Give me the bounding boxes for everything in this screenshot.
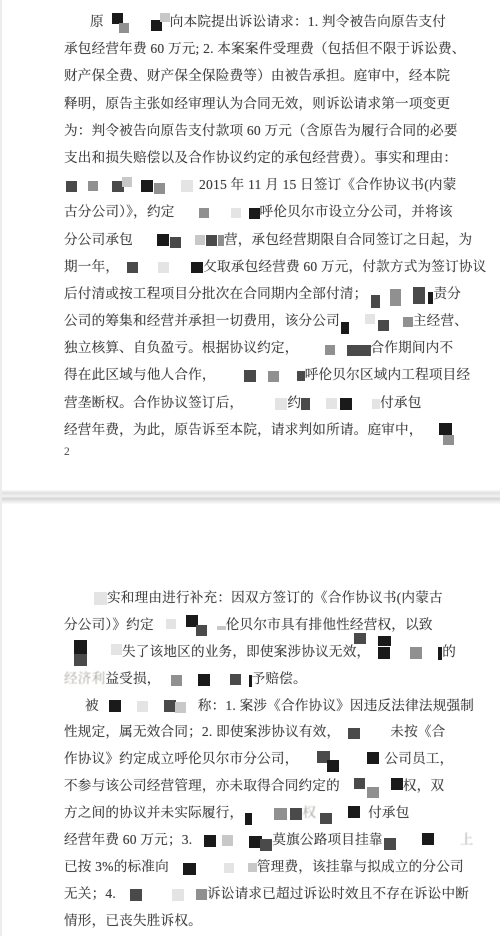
redaction-mark <box>372 399 380 409</box>
text-line: 实和理由进行补充：因双方签订的《合作协议书(内蒙古 <box>64 585 464 612</box>
redaction-mark <box>206 235 217 246</box>
text-run: 未按《合 <box>390 724 445 739</box>
redaction-mark <box>74 640 87 654</box>
redaction-mark <box>439 423 452 435</box>
document-page-1: 原向本院提出诉讼请求：1. 判令被告向原告支付承包经营年费 60 万元; 2. … <box>0 0 500 490</box>
redaction-mark <box>340 398 352 410</box>
text-line: 原向本院提出诉讼请求：1. 判令被告向原告支付 <box>64 8 464 35</box>
redaction-mark <box>160 13 170 22</box>
text-run: 古分公司）》，约定 <box>64 204 175 219</box>
text-run: 情形，已丧失胜诉权。 <box>64 913 202 928</box>
redaction-mark <box>245 813 252 825</box>
redaction-mark <box>248 863 257 872</box>
redaction-mark <box>172 889 184 901</box>
redaction-mark <box>222 835 233 846</box>
text-run: 伦贝尔市具有排他性经营权，以致 <box>226 617 433 632</box>
text-run: 向本院提出诉讼请求：1. 判令被告向原告支付 <box>170 14 446 29</box>
text-run: 经济利 <box>64 671 105 686</box>
text-line: 得在此区域与他人合作，呼伦贝尔区域内工程项目经 <box>64 361 464 388</box>
text-run: 责分 <box>433 286 461 301</box>
text-line: 被称：1. 案涉《合作协议》因违反法律法规强制 <box>64 693 464 720</box>
text-line: 不参与该公司经营管理，亦未取得合同约定的权，双 <box>64 773 464 800</box>
text-line: 支出和损失赔偿以及合作协议约定的承包经营费）。事实和理由： <box>64 144 464 171</box>
redaction-mark <box>325 345 335 355</box>
text-run: 经营年费，为此，原告诉至本院，请求判如所请。庭审中， <box>64 422 423 437</box>
text-line: 财产保全费、财产保全保险费等）由被告承担。庭审中，经本院 <box>64 62 464 89</box>
text-run: 财产保全费、财产保全保险费等）由被告承担。庭审中，经本院 <box>64 68 450 83</box>
redaction-mark <box>199 208 209 218</box>
text-run: 无关；4. <box>64 886 116 901</box>
redaction-mark <box>109 700 121 712</box>
redaction-mark <box>327 760 339 772</box>
text-line: 方之间的协议并未实际履行，权付承包 <box>64 800 464 827</box>
spacer <box>332 816 338 817</box>
text-run: 作协议》约定成立呼伦贝尔市分公司， <box>64 751 299 766</box>
redaction-mark <box>244 370 256 382</box>
text-line: 公司的筹集和经营并承担一切费用，该分公司主经营、 <box>64 307 464 334</box>
text-run: 的 <box>442 644 456 659</box>
redaction-mark <box>218 235 224 246</box>
spacer <box>434 843 460 844</box>
redaction-mark <box>141 180 153 192</box>
redaction-mark <box>410 647 422 659</box>
redaction-mark <box>301 398 310 410</box>
redaction-mark <box>438 647 442 660</box>
redaction-mark <box>320 813 332 824</box>
redaction-mark <box>348 728 360 739</box>
text-run: 失了该地区的业务，即使案涉协议无效， <box>122 644 370 659</box>
redaction-mark <box>154 183 165 194</box>
text-line: 无关；4.诉讼请求已超过诉讼时效且不存在诉讼中断 <box>64 881 464 908</box>
page-2-text: 实和理由进行补充：因双方签订的《合作协议书(内蒙古分公司）》约定伦贝尔市具有排他… <box>64 585 464 935</box>
text-run: 管理费，该挂靠与拟成立的分公司 <box>257 859 464 874</box>
redaction-mark <box>171 675 182 686</box>
redaction-mark <box>158 262 169 273</box>
redaction-mark <box>413 287 425 304</box>
redaction-mark <box>196 889 207 900</box>
redaction-mark <box>175 702 186 713</box>
page-number: 2 <box>64 446 464 458</box>
redaction-mark <box>88 181 98 191</box>
redaction-mark <box>198 674 210 686</box>
redaction-mark <box>224 863 234 873</box>
text-line: 后付清或按工程项目分批次在合同期内全部付清；责分 <box>64 280 464 307</box>
text-run: 被 <box>85 698 99 713</box>
text-line: 情形，已丧失胜诉权。 <box>64 908 464 935</box>
redaction-mark <box>130 889 142 901</box>
text-line: 为：判令被告向原告支付款项 60 万元（含原告为履行合同的必要 <box>64 117 464 144</box>
text-run: 分公司）》约定 <box>64 617 154 632</box>
text-run: 合作期间内不 <box>371 340 454 355</box>
spacer <box>186 709 198 710</box>
text-line: 作协议》约定成立呼伦贝尔市分公司，公司员工， <box>64 746 464 773</box>
redaction-mark <box>326 398 337 409</box>
text-line: 已按 3%的标准向管理费，该挂靠与拟成立的分公司 <box>64 854 464 881</box>
text-line: 古分公司）》，约定呼伦贝尔市设立分公司，并将该 <box>64 198 464 225</box>
redaction-mark <box>74 654 87 666</box>
text-line: 独立核算、自负盈亏。根据协议约定，合作期间内不 <box>64 334 464 361</box>
text-run: 营垄断权。合作协议签订后， <box>64 395 243 410</box>
redaction-mark <box>297 371 305 381</box>
text-line: 失了该地区的业务，即使案涉协议无效，的 <box>64 639 464 666</box>
redaction-mark <box>196 625 207 636</box>
text-line: 经营年费 60 万元；3.莫旗公路项目挂靠上 <box>64 827 464 854</box>
redaction-mark <box>166 619 176 629</box>
redaction-mark <box>274 808 287 820</box>
redaction-mark <box>378 320 389 331</box>
redaction-mark <box>403 317 413 327</box>
redaction-mark <box>170 237 181 248</box>
redaction-mark <box>384 838 396 850</box>
text-run: 营，承包经营期限自合同签订之日起，为 <box>224 232 472 247</box>
redaction-mark <box>191 262 203 273</box>
redaction-mark <box>66 181 77 192</box>
text-line: 分公司）》约定伦贝尔市具有排他性经营权，以致 <box>64 612 464 639</box>
page-1-text: 原向本院提出诉讼请求：1. 判令被告向原告支付承包经营年费 60 万元; 2. … <box>64 8 464 443</box>
document-page-2: 实和理由进行补充：因双方签订的《合作协议书(内蒙古分公司）》约定伦贝尔市具有排他… <box>0 504 500 936</box>
redaction-mark <box>157 234 169 246</box>
spacer <box>360 816 368 817</box>
text-line: 经济利益受损，予赔偿。 <box>64 666 464 693</box>
redaction-mark <box>217 626 226 630</box>
text-run: 付承包 <box>380 395 421 410</box>
document-scan: 原向本院提出诉讼请求：1. 判令被告向原告支付承包经营年费 60 万元; 2. … <box>0 0 500 936</box>
text-run: 予赔偿。 <box>252 671 307 686</box>
text-run: 性规定，属无效合同；2. 即使案涉协议有效， <box>64 724 340 739</box>
text-line: 性规定，属无效合同；2. 即使案涉协议有效，未按《合 <box>64 719 464 746</box>
redaction-mark <box>354 633 366 644</box>
redaction-mark <box>137 701 148 712</box>
text-run: 呼伦贝尔市设立分公司，并将该 <box>260 204 453 219</box>
text-run: 称：1. 案涉《合作协议》因违反法律法规强制 <box>198 698 474 713</box>
redaction-mark <box>127 262 138 273</box>
redaction-mark <box>268 371 279 382</box>
redaction-mark <box>195 235 205 245</box>
text-run: 释明，原告主张如经审理认为合同无效，则诉讼请求第一项变更 <box>64 96 450 111</box>
text-run: 分公司承包 <box>64 232 133 247</box>
redaction-mark <box>249 675 252 687</box>
text-run: 上 <box>460 832 474 847</box>
redaction-mark <box>111 644 122 655</box>
text-run: 攵取承包经营费 60 万元，付款方式为签订协议 <box>203 259 486 274</box>
text-run: 权，双 <box>403 778 444 793</box>
redaction-mark <box>391 778 403 790</box>
text-run: 方之间的协议并未实际履行， <box>64 805 243 820</box>
redaction-mark <box>378 647 390 659</box>
redaction-mark <box>119 23 129 33</box>
text-line: 2015 年 11 月 15 日签订《合作协议书(内蒙 <box>64 171 464 198</box>
text-run: 已按 3%的标准向 <box>64 859 169 874</box>
text-line: 经营年费，为此，原告诉至本院，请求判如所请。庭审中， <box>64 416 464 443</box>
text-line: 分公司承包营，承包经营期限自合同签订之日起，为 <box>64 226 464 253</box>
text-run: 莫旗公路项目挂靠 <box>272 832 382 847</box>
text-run: 诉讼请求已超过诉讼时效且不存在诉讼中断 <box>207 886 469 901</box>
redaction-mark <box>367 752 379 764</box>
redaction-mark <box>204 835 216 847</box>
text-run: 得在此区域与他人合作， <box>64 367 216 382</box>
redaction-mark <box>181 180 193 192</box>
text-run: 不参与该公司经营管理，亦未取得合同约定的 <box>64 778 340 793</box>
text-run: 实和理由进行补充：因双方签订的《合作协议书(内蒙古 <box>107 590 443 605</box>
redaction-mark <box>231 208 241 218</box>
redaction-mark <box>122 177 132 187</box>
text-run: 独立核算、自负盈亏。根据协议约定， <box>64 340 299 355</box>
text-run: 呼伦贝尔区域内工程项目经 <box>305 367 471 382</box>
redaction-mark <box>422 833 434 845</box>
redaction-mark <box>428 292 433 304</box>
text-run: 期一年， <box>64 259 119 274</box>
text-line: 期一年，攵取承包经营费 60 万元，付款方式为签订协议 <box>64 253 464 280</box>
text-run: 主经营、 <box>413 313 468 328</box>
redaction-mark <box>341 322 349 334</box>
text-run: 权 <box>302 805 316 820</box>
redaction-mark <box>378 636 391 646</box>
text-run: 承包经营年费 60 万元; 2. 本案案件受理费（包括但不限于诉讼费、 <box>64 41 466 56</box>
redaction-mark <box>443 435 454 445</box>
text-run: 公司的筹集和经营并承担一切费用，该分公司 <box>64 313 340 328</box>
text-line: 营垄断权。合作协议签订后，约付承包 <box>64 389 464 416</box>
text-run: 公司员工， <box>385 751 454 766</box>
text-run: 益受损， <box>105 671 160 686</box>
spacer <box>196 870 224 871</box>
redaction-mark <box>230 674 241 685</box>
redaction-mark <box>371 295 380 308</box>
redaction-mark <box>94 592 107 605</box>
text-run: 为：判令被告向原告支付款项 60 万元（含原告为履行合同的必要 <box>64 123 458 138</box>
spacer <box>360 735 390 736</box>
text-run: 约 <box>287 395 301 410</box>
redaction-mark <box>275 398 287 410</box>
redaction-mark <box>347 345 371 356</box>
text-run: 原 <box>90 14 104 29</box>
text-run: 经营年费 60 万元；3. <box>64 832 192 847</box>
redaction-mark <box>354 778 365 789</box>
page-divider <box>0 490 500 504</box>
redaction-mark <box>390 289 401 306</box>
redaction-mark <box>183 863 196 875</box>
redaction-mark <box>367 787 379 798</box>
redaction-mark <box>290 808 302 820</box>
text-line: 承包经营年费 60 万元; 2. 本案案件受理费（包括但不限于诉讼费、 <box>64 35 464 62</box>
redaction-mark <box>348 806 360 818</box>
redaction-mark <box>249 208 260 219</box>
redaction-mark <box>365 314 375 324</box>
text-run: 2015 年 11 月 15 日签订《合作协议书(内蒙 <box>199 177 457 192</box>
text-run: 后付清或按工程项目分批次在合同期内全部付清； <box>64 286 367 301</box>
redaction-mark <box>260 839 272 851</box>
text-line: 释明，原告主张如经审理认为合同无效，则诉讼请求第一项变更 <box>64 90 464 117</box>
text-run: 付承包 <box>368 805 409 820</box>
text-run: 支出和损失赔偿以及合作协议约定的承包经营费）。事实和理由： <box>64 150 457 165</box>
